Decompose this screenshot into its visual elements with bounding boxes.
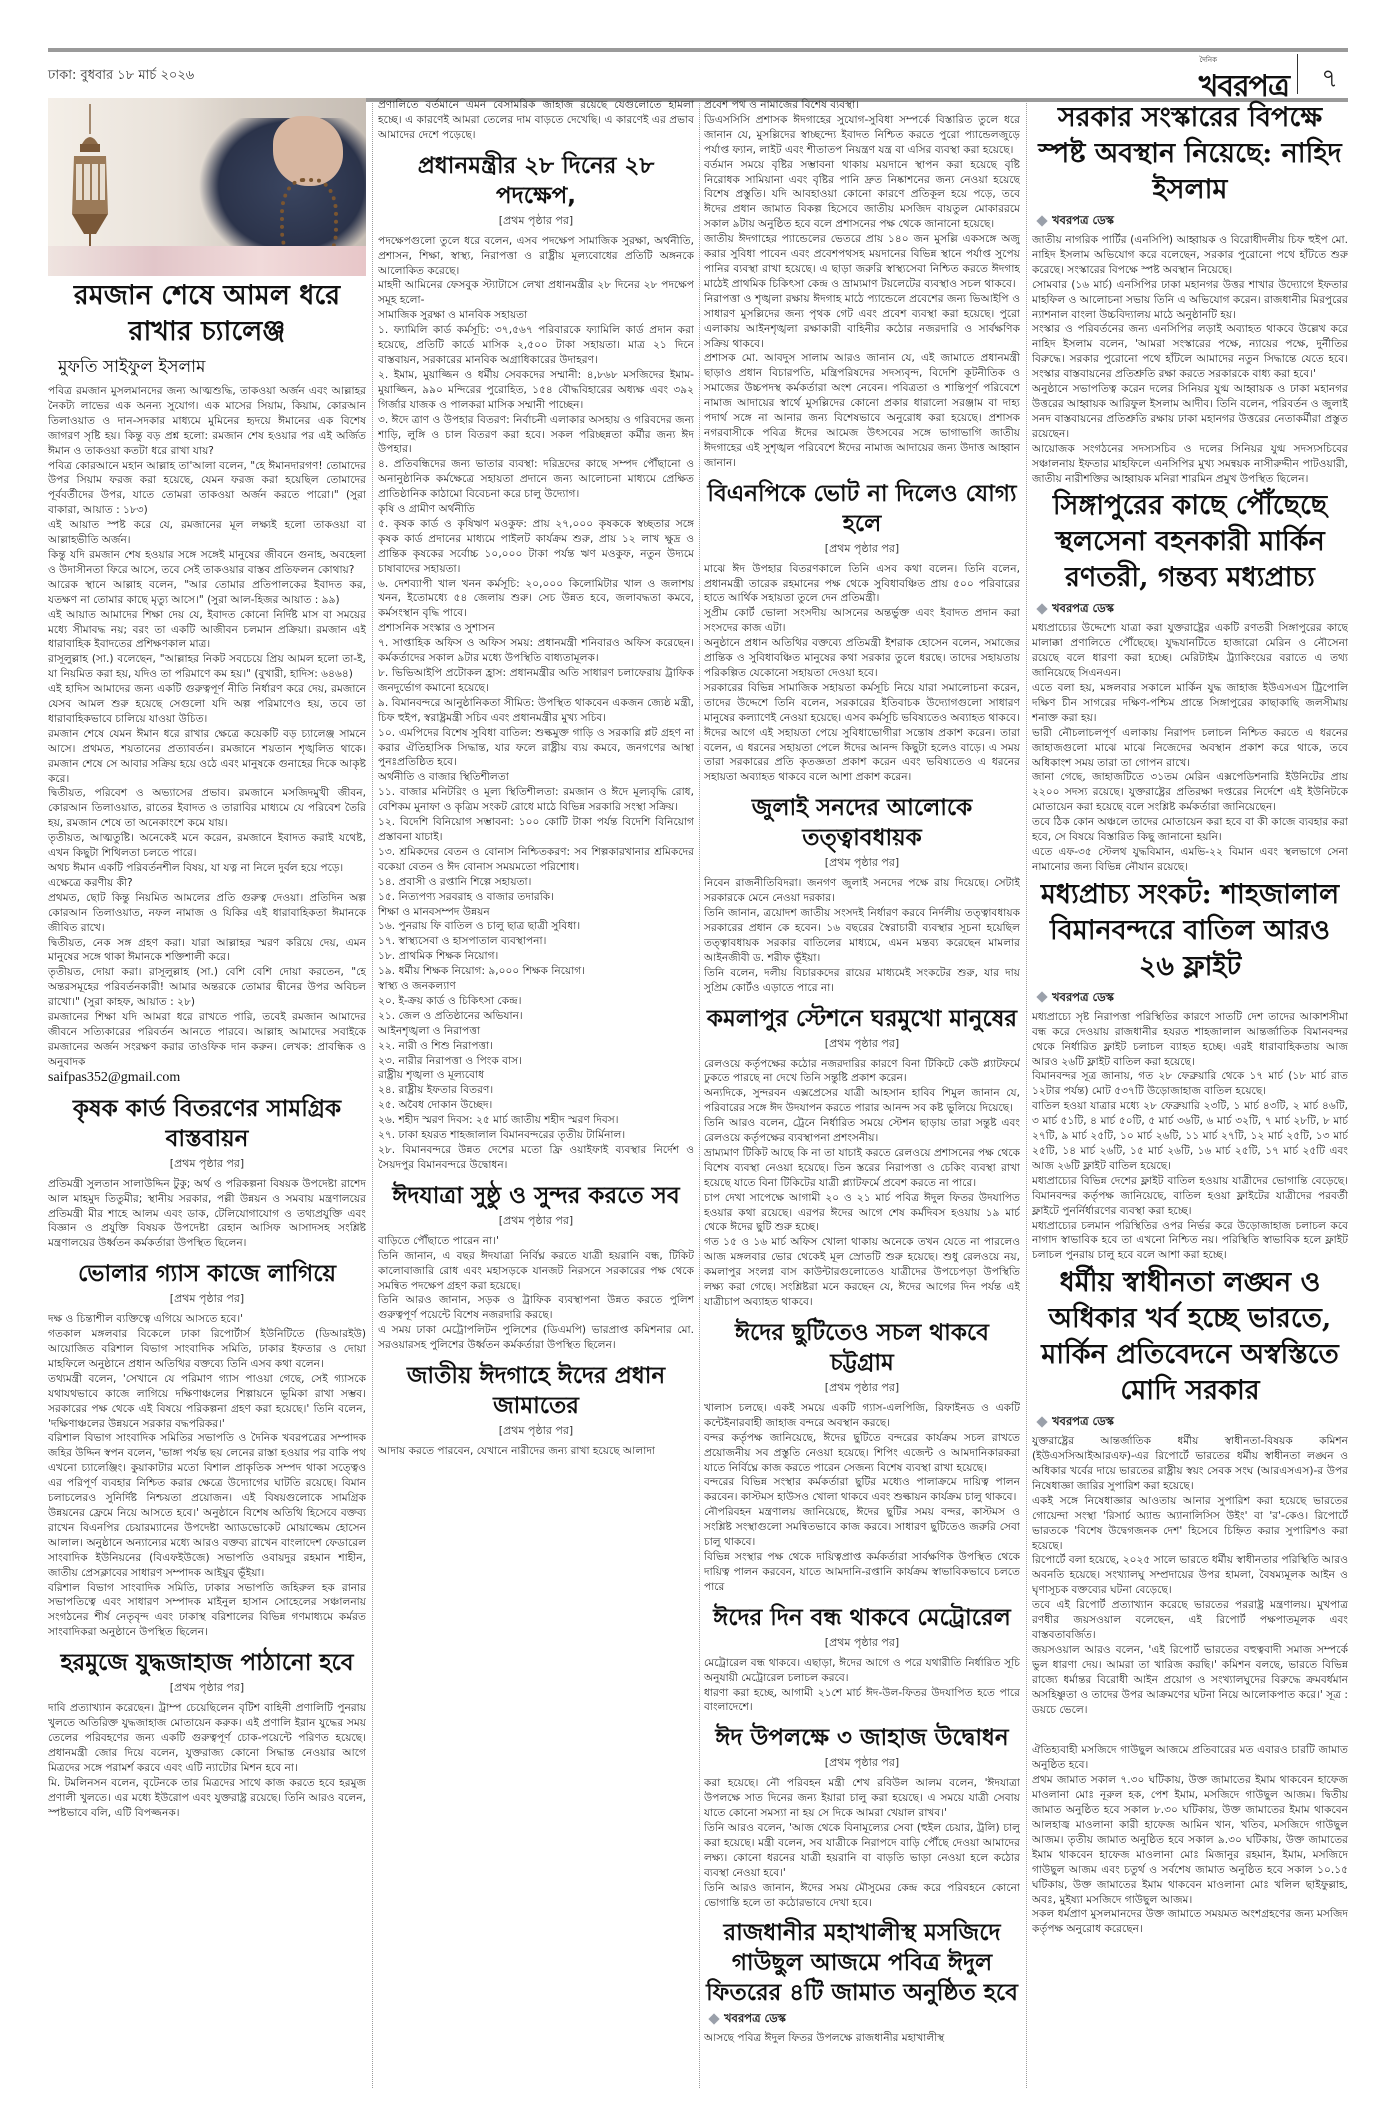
article-paragraph: ৫. কৃষক কার্ড ও কৃষিঋণ মওকুফ: প্রায় ২৭,…	[378, 517, 694, 577]
article-paragraph: কিন্তু যদি রমজান শেষ হওয়ার সঙ্গে সঙ্গেই…	[48, 548, 366, 578]
article-paragraph: এতে এফ-৩৫ স্টেলথ যুদ্ধবিমান, এমভি-২২ বিম…	[1032, 845, 1348, 875]
article-paragraph: বিমানবন্দর সূত্র জানায়, গত ২৮ ফেব্রুয়া…	[1032, 1069, 1348, 1099]
desk-credit: খবরপত্র ডেস্ক	[1038, 212, 1348, 231]
article-paragraph: নিরাপত্তা ও শৃঙ্খলা রক্ষায় ঈদগাহ মাঠে প…	[704, 292, 1020, 352]
column-1: রমজান শেষে আমল ধরে রাখার চ্যালেঞ্জ মুফতি…	[48, 98, 366, 2098]
article-paragraph: ১. ফ্যামিলি কার্ড কর্মসূচি: ৩৭,৫৬৭ পরিবা…	[378, 323, 694, 368]
continued-label: [প্রথম পৃষ্ঠার পর]	[48, 1679, 366, 1698]
article-paragraph: ডিএসসিসি প্রশাসক ঈদগাহের সুযোগ-সুবিধা সম…	[704, 113, 1020, 158]
author-email[interactable]: saifpas352@gmail.com	[48, 1070, 366, 1086]
column-divider	[699, 98, 701, 2088]
author-byline: মুফতি সাইফুল ইসলাম	[58, 354, 366, 382]
article-paragraph: নিবেন রাজনীতিবিদরা। জনগণ জুলাই সনদের পক্…	[704, 876, 1020, 906]
article-paragraph: জাতীয় ঈদগাহের প্যান্ডেলের ভেতরে প্রায় …	[704, 232, 1020, 292]
article-paragraph: জানা গেছে, জাহাজটিতে ৩১তম মেরিন এক্সপেডি…	[1032, 770, 1348, 815]
article-paragraph: একই সঙ্গে নিষেধাজ্ঞার আওতায় আনার সুপারি…	[1032, 1494, 1348, 1554]
article-paragraph: দক্ষ ও চিন্তাশীল ব্যক্তিত্বে এগিয়ে আসতে…	[48, 1312, 366, 1327]
page-number: ৭	[1321, 58, 1338, 102]
article-paragraph: করা হয়েছে। নৌ পরিবহন মন্ত্রী শেখ রবিউল …	[704, 1776, 1020, 1821]
article-paragraph: জয়সওয়াল আরও বলেন, 'এই রিপোর্ট ভারতের ব…	[1032, 1643, 1348, 1718]
article-paragraph: আয়োজক সংগঠনের সদস্যসচিব ও দলের সিনিয়র …	[1032, 442, 1348, 487]
article-paragraph: গতকাল মঙ্গলবার বিকেলে ঢাকা রিপোর্টার্স ই…	[48, 1327, 366, 1372]
article-paragraph: তবে এই রিপোর্ট প্রত্যাখ্যান করেছে ভারতের…	[1032, 1598, 1348, 1643]
lantern-icon	[66, 104, 114, 264]
article-paragraph: যুক্তরাষ্ট্রের আন্তর্জাতিক ধর্মীয় স্বাধ…	[1032, 1434, 1348, 1494]
headline-national-eidgah[interactable]: জাতীয় ঈদগাহে ঈদের প্রধান জামাতের	[378, 1361, 694, 1421]
column-divider	[372, 98, 374, 2088]
continued-label: [প্রথম পৃষ্ঠার পর]	[704, 1754, 1020, 1773]
article-paragraph: ২৮. বিমানবন্দরে উন্নত দেশের মতো ফ্রি ওয়…	[378, 1143, 694, 1173]
continued-label: [প্রথম পৃষ্ঠার পর]	[704, 1634, 1020, 1653]
article-paragraph: এতে বলা হয়, মঙ্গলবার সকালে মার্কিন যুদ্…	[1032, 681, 1348, 726]
article-paragraph: ১৭. স্বাস্থ্যসেবা ও হাসপাতাল ব্যবস্থাপনা…	[378, 934, 694, 949]
article-paragraph: তিনি বলেন, দলীয় বিচারকদের রায়ের মাধ্যম…	[704, 966, 1020, 996]
article-paragraph: বিভিন্ন সংস্থার পক্ষ থেকে দায়িত্বপ্রাপ্…	[704, 1550, 1020, 1595]
article-paragraph: অনুষ্ঠানে সভাপতিত্ব করেন দলের সিনিয়র যু…	[1032, 382, 1348, 442]
headline-singapore-warship[interactable]: সিঙ্গাপুরের কাছে পৌঁছেছে স্থলসেনা বহনকার…	[1032, 488, 1348, 596]
headline-krishok-card[interactable]: কৃষক কার্ড বিতরণের সামগ্রিক বাস্তবায়ন	[48, 1094, 366, 1154]
desk-credit: খবরপত্র ডেস্ক	[710, 2010, 1020, 2029]
hand-figure	[273, 116, 343, 186]
article-paragraph: ৮. ভিভিআইপি প্রটোকল হ্রাস: প্রধানমন্ত্রী…	[378, 666, 694, 696]
article-paragraph: ভ্রাম্যমাণ টিকিট আছে কি না তা যাচাই করতে…	[704, 1146, 1020, 1191]
headline-bnp-vote[interactable]: বিএনপিকে ভোট না দিলেও যোগ্য হলে	[704, 479, 1020, 539]
article-paragraph: অর্থনীতি ও বাজার স্থিতিশীলতা	[378, 770, 694, 785]
article-paragraph: মাহদী আমিনের ফেসবুক স্ট্যাটাসে লেখা প্রধ…	[378, 278, 694, 308]
article-paragraph: ২৩. নারীর নিরাপত্তা ও পিংক বাস।	[378, 1054, 694, 1069]
diamond-bullet-icon	[1036, 1416, 1047, 1427]
article-paragraph: ২৪. রাষ্ট্রীয় ইফতার বিতরণ।	[378, 1083, 694, 1098]
article-paragraph: প্রতিমন্ত্রী সুলতান সালাউদ্দিন টুকু; অর্…	[48, 1177, 366, 1252]
headline-bhola-gas[interactable]: ভোলার গ্যাস কাজে লাগিয়ে	[48, 1259, 366, 1289]
article-paragraph: সামাজিক সুরক্ষা ও মানবিক সহায়তা	[378, 308, 694, 323]
article-paragraph: বন্দর কর্তৃপক্ষ জানিয়েছে, ঈদের ছুটিতে ব…	[704, 1431, 1020, 1476]
article-paragraph: পবিত্র কোরআনে মহান আল্লাহ তা'আলা বলেন, "…	[48, 459, 366, 519]
article-paragraph: তিনি জানান, ত্রয়োদশ জাতীয় সংসদই নির্ধা…	[704, 906, 1020, 966]
article-paragraph: এই আয়াত আমাদের শিক্ষা দেয় যে, ইবাদত কো…	[48, 608, 366, 653]
article-paragraph: ঈদের আগে এই সহায়তা পেয়ে সুবিধাভোগীরা স…	[704, 726, 1020, 786]
article-paragraph: তিনি জানান, এ বছর ঈদযাত্রা নির্বিঘ্ন করত…	[378, 1249, 694, 1294]
article-paragraph: বরিশাল বিভাগ সাংবাদিক সমিতি, ঢাকার সভাপত…	[48, 1581, 366, 1641]
article-paragraph: মি. টমলিনসন বলেন, বৃটেনকে তার মিত্রদের স…	[48, 1776, 366, 1821]
article-paragraph: ধারণা করা হচ্ছে, আগামী ২১শে মার্চ ঈদ-উল-…	[704, 1686, 1020, 1716]
edition-date: ঢাকা: বুধবার ১৮ মার্চ ২০২৬	[48, 66, 194, 87]
diamond-bullet-icon	[1036, 603, 1047, 614]
article-paragraph: ১৩. শ্রমিকদের বেতন ও বোনাস নিশ্চিতকরণ: স…	[378, 845, 694, 875]
article-paragraph: মধ্যপ্রাচ্যের উদ্দেশ্যে যাত্রা করা যুক্ত…	[1032, 621, 1348, 681]
headline-shahjalal-flights[interactable]: মধ্যপ্রাচ্য সংকট: শাহজালাল বিমানবন্দরে ব…	[1032, 877, 1348, 985]
article-paragraph: মধ্যপ্রাচ্যে সৃষ্ট নিরাপত্তা পরিস্থিতির …	[1032, 1010, 1348, 1070]
desk-label: খবরপত্র ডেস্ক	[1052, 990, 1114, 1004]
article-paragraph: অন্যদিকে, সুন্দরবন এক্সপ্রেসের যাত্রী আহ…	[704, 1086, 1020, 1116]
article-paragraph: বন্দরের বিভিন্ন সংস্থার কর্মকর্তারা ছুটি…	[704, 1475, 1020, 1505]
article-paragraph: রমজানের শিক্ষা যদি আমরা ধরে রাখতে পারি, …	[48, 1010, 366, 1070]
article-paragraph: ১৯. ধর্মীয় শিক্ষক নিয়োগ: ৯,০০০ শিক্ষক …	[378, 964, 694, 979]
article-paragraph: সোমবার (১৬ মার্চ) এনসিপির ঢাকা মহানগর উত…	[1032, 278, 1348, 323]
article-paragraph: ১২. বিদেশি বিনিয়োগ সম্ভাবনা: ১০০ কোটি ট…	[378, 815, 694, 845]
headline-eid-journey[interactable]: ঈদযাত্রা সুষ্ঠু ও সুন্দর করতে সব	[378, 1181, 694, 1211]
article-paragraph: ২১. জেল ও প্রতিষ্ঠানের অভিযান।	[378, 1009, 694, 1024]
column-2: প্রণালিতে বর্তমানে এমন বেসামরিক জাহাজ রয…	[378, 98, 694, 2098]
article-paragraph: ২. ইমাম, মুয়াজ্জিন ও ধর্মীয় সেবকদের সম…	[378, 368, 694, 413]
column-3: প্রবেশ পথ ও নামাজের বিশেষ ব্যবস্থা। ডিএস…	[704, 98, 1020, 2098]
article-paragraph: ১১. বাজার মনিটরিং ও মূল্য স্থিতিশীলতা: র…	[378, 785, 694, 815]
article-paragraph: নৌপরিবহন মন্ত্রণালয় জানিয়েছে, ঈদের ছুট…	[704, 1505, 1020, 1550]
article-paragraph: প্রথমত, ছোট কিন্তু নিয়মিত আমলের প্রতি গ…	[48, 891, 366, 936]
headline-nahid-islam[interactable]: সরকার সংস্কারের বিপক্ষে স্পষ্ট অবস্থান ন…	[1032, 100, 1348, 208]
article-paragraph: ২৫. অবৈধ দোকান উচ্ছেদ।	[378, 1098, 694, 1113]
desk-label: খবরপত্র ডেস্ক	[1052, 213, 1114, 227]
headline-metrorail[interactable]: ঈদের দিন বন্ধ থাকবে মেট্রোরেল	[704, 1603, 1020, 1633]
article-paragraph: আইনশৃঙ্খলা ও নিরাপত্তা	[378, 1024, 694, 1039]
article-paragraph: আদায় করতে পারবেন, যেখানে নারীদের জন্য র…	[378, 1444, 694, 1459]
article-paragraph: রাসূলুল্লাহ (সা.) বলেছেন, "আল্লাহর নিকট …	[48, 652, 366, 682]
article-paragraph: রাষ্ট্রীয় শৃঙ্খলা ও মূল্যবোধ	[378, 1068, 694, 1083]
desk-credit: খবরপত্র ডেস্ক	[1038, 600, 1348, 619]
article-paragraph: দ্বিতীয়ত, পরিবেশ ও অভ্যাসের প্রভাব। রমজ…	[48, 786, 366, 831]
article-paragraph: ২৭. ঢাকা হযরত শাহজালাল বিমানবন্দরের তৃতী…	[378, 1128, 694, 1143]
article-paragraph: খালাস চলছে। একই সময়ে একটি গ্যাস-এলপিজি,…	[704, 1401, 1020, 1431]
spacer	[1032, 1717, 1348, 1743]
prayer-rug	[48, 246, 366, 276]
article-paragraph: বাতিল হওয়া যাত্রার মধ্যে ২৮ ফেব্রুয়ারি…	[1032, 1099, 1348, 1174]
article-paragraph: অনুষ্ঠানে প্রধান অতিথির বক্তব্যে প্রতিমন…	[704, 636, 1020, 681]
article-paragraph: তৃতীয়ত, দোয়া করা। রাসূলুল্লাহ (সা.) বে…	[48, 965, 366, 1010]
article-paragraph: মেট্রোরেল বন্ধ থাকবে। এছাড়া, ঈদের আগে ও…	[704, 1656, 1020, 1686]
article-paragraph: ৯. বিমানবন্দরে আনুষ্ঠানিকতা সীমিত: উপস্থ…	[378, 696, 694, 726]
article-paragraph: ১৪. প্রবাসী ও রপ্তানি শিল্পে সহায়তা।	[378, 875, 694, 890]
continued-label: [প্রথম পৃষ্ঠার পর]	[378, 1422, 694, 1441]
article-paragraph: প্রণালিতে বর্তমানে এমন বেসামরিক জাহাজ রয…	[378, 98, 694, 143]
article-paragraph: এক্ষেত্রে করণীয় কী?	[48, 876, 366, 891]
article-paragraph: অথচ ঈমান একটি পরিবর্তনশীল বিষয়, যা যত্ন…	[48, 861, 366, 876]
article-paragraph: ১৫. নিত্যপণ্য সরবরাহ ও বাজার তদারকি।	[378, 890, 694, 905]
article-paragraph: ১০. এমপিদের বিশেষ সুবিধা বাতিল: শুল্কমুক…	[378, 726, 694, 771]
diamond-bullet-icon	[1036, 992, 1047, 1003]
article-paragraph: প্রশাসক মো. আবদুস সালাম আরও জানান যে, এই…	[704, 351, 1020, 470]
article-paragraph: ৭. সাপ্তাহিক অফিস ও অফিস সময়: প্রধানমন্…	[378, 636, 694, 666]
article-paragraph: ২২. নারী ও শিশু নিরাপত্তা।	[378, 1039, 694, 1054]
headline-july-charter[interactable]: জুলাই সনদের আলোকে তত্ত্বাবধায়ক	[704, 793, 1020, 853]
article-paragraph: ১৮. প্রাথমিক শিক্ষক নিয়োগ।	[378, 949, 694, 964]
diamond-bullet-icon	[1036, 215, 1047, 226]
article-paragraph: গত ১৫ ও ১৬ মার্চ অফিস খোলা থাকায় অনেকে …	[704, 1235, 1020, 1310]
article-paragraph: চাপ দেখা সাপেক্ষে আগামী ২০ ও ২১ মার্চ পব…	[704, 1191, 1020, 1236]
article-paragraph: তথ্যমন্ত্রী বলেন, 'সেখানে যে পরিমাণ গ্যা…	[48, 1372, 366, 1432]
article-paragraph: মধ্যপ্রাচ্যের চলমান পরিস্থিতির ওপর নির্ভ…	[1032, 1219, 1348, 1264]
article-paragraph: রেলওয়ে কর্তৃপক্ষের কঠোর নজরদারির কারণে …	[704, 1057, 1020, 1087]
article-paragraph: ভারী নৌচলাচলপূর্ণ এলাকায় নিরাপদ চলাচল ন…	[1032, 726, 1348, 771]
continued-label: [প্রথম পৃষ্ঠার পর]	[704, 1035, 1020, 1054]
desk-label: খবরপত্র ডেস্ক	[1052, 1414, 1114, 1428]
headline-gausul-azam[interactable]: রাজধানীর মহাখালীস্থ মসজিদে গাউছুল আজমে প…	[704, 1918, 1020, 2008]
article-paragraph: তৃতীয়ত, আত্মতুষ্টি। অনেকেই মনে করেন, রম…	[48, 831, 366, 861]
article-paragraph: স্বাস্থ্য ও জনকল্যাণ	[378, 979, 694, 994]
article-paragraph: তবে ঠিক কোন অঞ্চলে তাদের মোতায়েন করা হব…	[1032, 815, 1348, 845]
headline-three-ships[interactable]: ঈদ উপলক্ষে ৩ জাহাজ উদ্বোধন	[704, 1723, 1020, 1753]
article-paragraph: প্রবেশ পথ ও নামাজের বিশেষ ব্যবস্থা।	[704, 98, 1020, 113]
article-paragraph: ২০. ই-ক্রয় কার্ড ও চিকিৎসা কেন্দ্র।	[378, 994, 694, 1009]
article-paragraph: এই হাদিস আমাদের জন্য একটি গুরুত্বপূর্ণ ন…	[48, 682, 366, 727]
article-paragraph: ১৬. পুনরায় ফি বাতিল ও চালু ছাত্র ছাত্রী…	[378, 919, 694, 934]
article-paragraph: ২৬. শহীদ স্মরণ দিবস: ২৫ মার্চ জাতীয় শহী…	[378, 1113, 694, 1128]
headline-chattogram[interactable]: ঈদের ছুটিতেও সচল থাকবে চট্টগ্রাম	[704, 1318, 1020, 1378]
article-paragraph: মধ্যপ্রাচ্যের বিভিন্ন দেশের ফ্লাইট বাতিল…	[1032, 1174, 1348, 1219]
desk-credit: খবরপত্র ডেস্ক	[1038, 1413, 1348, 1432]
article-paragraph: তিনি আরও জানান, ঈদের সময় মৌসুমের কেন্দ্…	[704, 1881, 1020, 1911]
article-paragraph: দাবি প্রত্যাখ্যান করেছেন। ট্রাম্প চেয়েছ…	[48, 1701, 366, 1776]
desk-credit: খবরপত্র ডেস্ক	[1038, 989, 1348, 1008]
article-paragraph: প্রথম জামাত সকাল ৭.৩০ ঘটিকায়, উক্ত জামা…	[1032, 1773, 1348, 1907]
newspaper-logo: দৈনিক খবরপত্র	[1179, 54, 1298, 94]
continued-label: [প্রথম পৃষ্ঠার পর]	[704, 540, 1020, 559]
headline-modi-report[interactable]: ধর্মীয় স্বাধীনতা লঙ্ঘন ও অধিকার খর্ব হচ…	[1032, 1265, 1348, 1409]
article-paragraph: এ সময় ঢাকা মেট্রোপলিটন পুলিশের (ডিএমপি)…	[378, 1323, 694, 1353]
article-paragraph: বর্তমান সময়ে বৃষ্টির সম্ভাবনা থাকায় ময…	[704, 158, 1020, 233]
article-paragraph: সকল ধর্মপ্রাণ মুসলমানদের উক্ত জামাতে সময…	[1032, 1907, 1348, 1937]
column-divider	[1026, 98, 1028, 2088]
continued-label: [প্রথম পৃষ্ঠার পর]	[378, 1212, 694, 1231]
article-paragraph: মাঝে ঈদ উপহার বিতরণকালে তিনি এসব কথা বলে…	[704, 562, 1020, 607]
article-paragraph: আসছে পবিত্র ঈদুল ফিতর উপলক্ষে রাজধানীর ম…	[704, 2031, 1020, 2046]
article-paragraph: কৃষি ও গ্রামীণ অর্থনীতি	[378, 502, 694, 517]
article-paragraph: পদক্ষেপগুলো তুলে ধরে বলেন, এসব পদক্ষেপ স…	[378, 234, 694, 279]
continued-label: [প্রথম পৃষ্ঠার পর]	[704, 854, 1020, 873]
continued-label: [প্রথম পৃষ্ঠার পর]	[48, 1155, 366, 1174]
column-4: সরকার সংস্কারের বিপক্ষে স্পষ্ট অবস্থান ন…	[1032, 98, 1348, 2098]
article-paragraph: শিক্ষা ও মানবসম্পদ উন্নয়ন	[378, 905, 694, 920]
desk-label: খবরপত্র ডেস্ক	[1052, 601, 1114, 615]
article-paragraph: তিনি আরও জানান, সড়ক ও ট্রাফিক ব্যবস্থাপ…	[378, 1293, 694, 1323]
article-paragraph: এই আয়াত স্পষ্ট করে যে, রমজানের মূল লক্ষ…	[48, 518, 366, 548]
article-paragraph: দ্বিতীয়ত, নেক সঙ্গ গ্রহণ করা। যারা আল্ল…	[48, 936, 366, 966]
article-paragraph: ৩. ঈদে ত্রাণ ও উপহার বিতরণ: নির্বাচনী এল…	[378, 413, 694, 458]
article-paragraph: রমজান শেষে যেমন ঈমান ধরে রাখার ক্ষেত্রে …	[48, 727, 366, 787]
article-paragraph: তিনি আরও বলেন, 'আজ থেকে বিনামূল্যের সেবা…	[704, 1821, 1020, 1881]
desk-label: খবরপত্র ডেস্ক	[724, 2011, 786, 2025]
headline-ramadan[interactable]: রমজান শেষে আমল ধরে রাখার চ্যালেঞ্জ	[48, 278, 366, 350]
article-paragraph: তিনি আরও বলেন, ট্রেনে নির্ধারিত সময়ে স্…	[704, 1116, 1020, 1146]
article-paragraph: পবিত্র রমজান মুসলমানদের জন্য আত্মশুদ্ধি,…	[48, 384, 366, 459]
article-paragraph: ঐতিহ্যবাহী মসজিদে গাউছুল আজমে প্রতিবারের…	[1032, 1743, 1348, 1773]
headline-hormuz[interactable]: হরমুজে যুদ্ধজাহাজ পাঠানো হবে	[48, 1648, 366, 1678]
diamond-bullet-icon	[708, 2013, 719, 2024]
article-paragraph: সরকারের বিভিন্ন সামাজিক সহায়তা কর্মসূচি…	[704, 681, 1020, 726]
article-paragraph: প্রশাসনিক সংস্কার ও সুশাসন	[378, 621, 694, 636]
headline-kamalapur[interactable]: কমলাপুর স্টেশনে ঘরমুখো মানুষের	[704, 1004, 1020, 1034]
article-paragraph: ৪. প্রতিবন্ধিদের জন্য ভাতার ব্যবস্থা: দর…	[378, 457, 694, 502]
continued-label: [প্রথম পৃষ্ঠার পর]	[378, 212, 694, 231]
headline-pm-28-steps[interactable]: প্রধানমন্ত্রীর ২৮ দিনের ২৮ পদক্ষেপ,	[378, 151, 694, 211]
article-paragraph: সংস্কার ও পরিবর্তনের জন্য এনসিপির লড়াই …	[1032, 322, 1348, 382]
continued-label: [প্রথম পৃষ্ঠার পর]	[704, 1379, 1020, 1398]
newspaper-page: ঢাকা: বুধবার ১৮ মার্চ ২০২৬ দৈনিক খবরপত্র…	[48, 0, 1348, 2125]
masthead: ঢাকা: বুধবার ১৮ মার্চ ২০২৬ দৈনিক খবরপত্র…	[48, 48, 1348, 102]
article-paragraph: ৬. দেশব্যাপী খাল খনন কর্মসূচি: ২০,০০০ কি…	[378, 577, 694, 622]
continued-label: [প্রথম পৃষ্ঠার পর]	[48, 1290, 366, 1309]
article-paragraph: আরেক স্থানে আল্লাহ বলেন, "আর তোমার প্রতি…	[48, 578, 366, 608]
article-paragraph: জাতীয় নাগরিক পার্টির (এনসিপি) আহ্বায়ক …	[1032, 233, 1348, 278]
article-paragraph: রিপোর্টে বলা হয়েছে, ২০২৫ সালে ভারতে ধর্…	[1032, 1553, 1348, 1598]
article-paragraph: সুপ্রীম কোর্ট ভোলা সংসদীয় আসনের অন্তর্ভ…	[704, 606, 1020, 636]
article-paragraph: বাড়িতে পৌঁছাতে পারেন না।'	[378, 1234, 694, 1249]
ramadan-photo	[48, 98, 366, 276]
article-paragraph: বরিশাল বিভাগ সাংবাদিক সমিতির সভাপতি ও দৈ…	[48, 1431, 366, 1580]
